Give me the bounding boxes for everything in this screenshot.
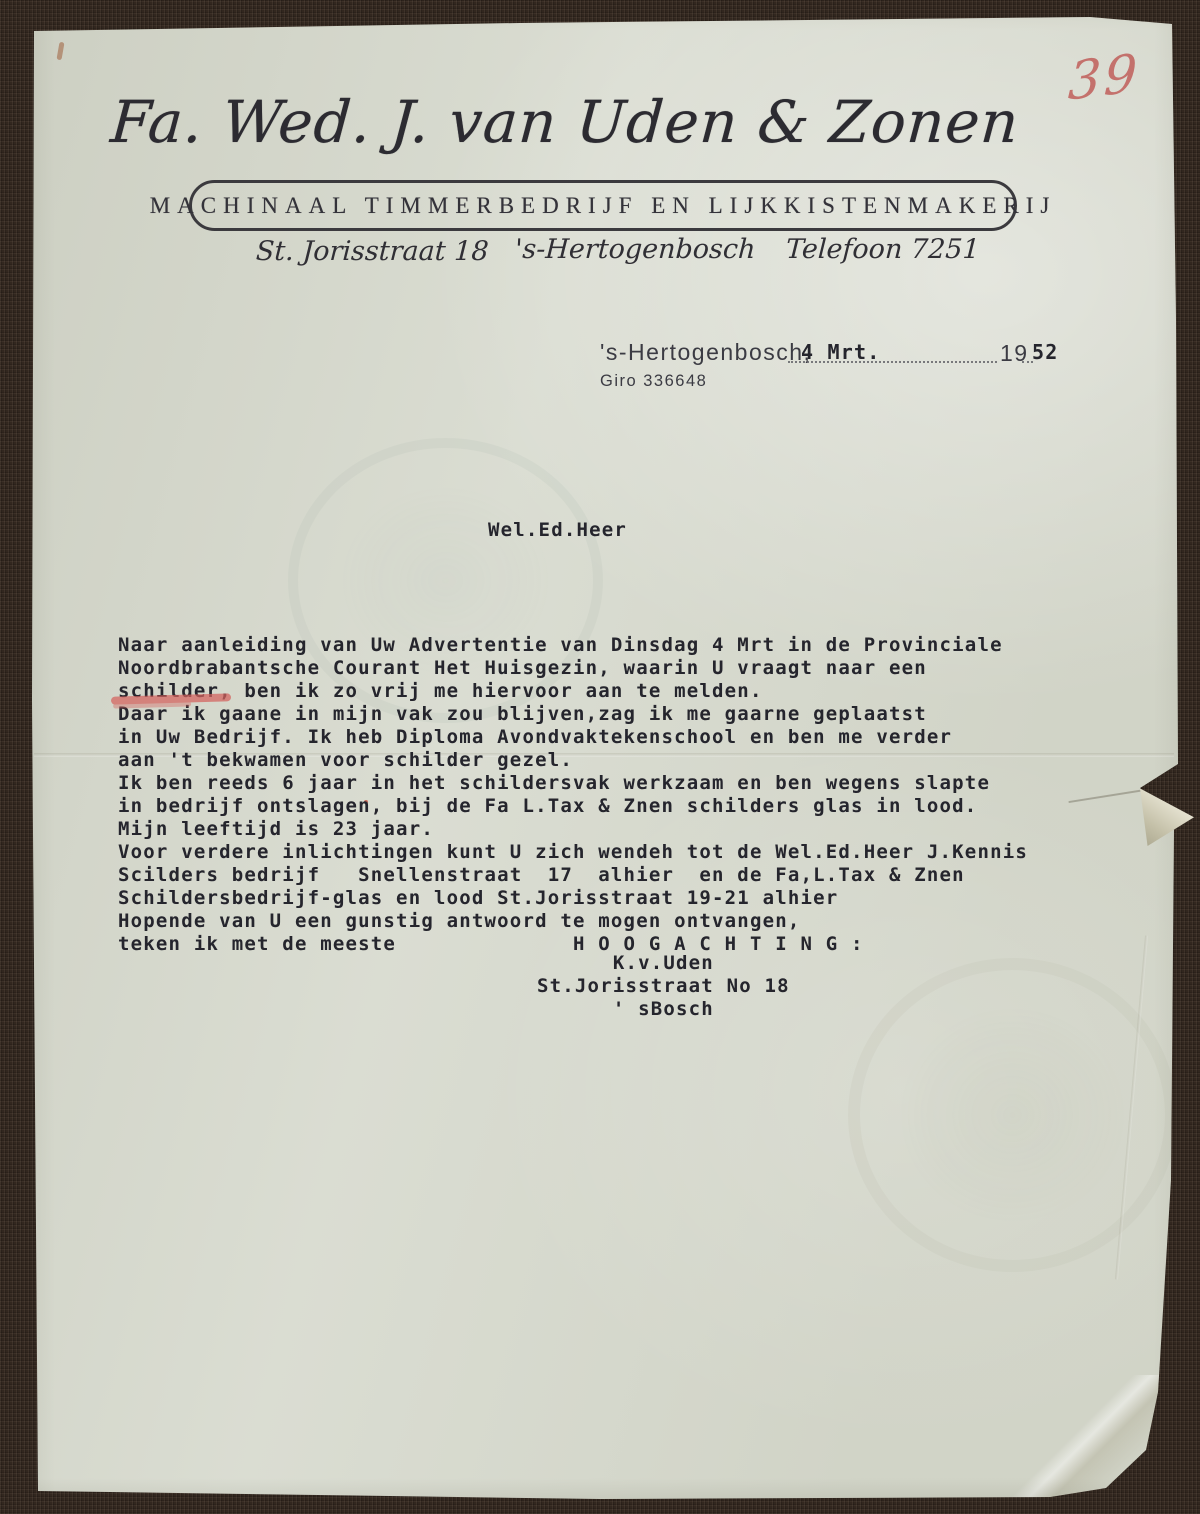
rust-speck (56, 42, 64, 61)
signature-block: K.v.Uden St.Jorisstraat No 18 ' sBosch (537, 952, 790, 1021)
letter-paper: Fa. Wed. J. van Uden & Zonen MACHINAAL T… (0, 0, 1200, 1514)
tagline-box: MACHINAAL TIMMERBEDRIJF EN LIJKKISTENMAK… (189, 180, 1017, 231)
dateline-year-typed: 52 (1032, 340, 1058, 364)
salutation: Wel.Ed.Heer (488, 519, 627, 541)
letterhead-phone: Telefoon 7251 (785, 234, 980, 265)
page-number-annotation: 39 (1067, 43, 1142, 113)
giro-number: Giro 336648 (600, 372, 707, 391)
dateline-city: 's-Hertogenbosch, (600, 339, 811, 366)
letterhead-city: 's-Hertogenbosch (514, 234, 756, 265)
tagline-text: MACHINAAL TIMMERBEDRIJF EN LIJKKISTENMAK… (150, 193, 1057, 219)
scan-background: { "annotation": { "page_number": "39" },… (0, 0, 1200, 1514)
stamp-bleedthrough-bottom (848, 958, 1177, 1272)
bottom-right-fold (1005, 1375, 1180, 1505)
letter-body: Naar aanleiding van Uw Advertentie van D… (118, 634, 1028, 956)
dateline-year-printed: 19 (1000, 340, 1029, 367)
dateline-date-typed: 4 Mrt. (801, 340, 880, 364)
letterhead-street: St. Jorisstraat 18 (255, 236, 489, 267)
paper-tear-crack (1068, 789, 1145, 803)
company-name: Fa. Wed. J. van Uden & Zonen (0, 88, 1132, 156)
